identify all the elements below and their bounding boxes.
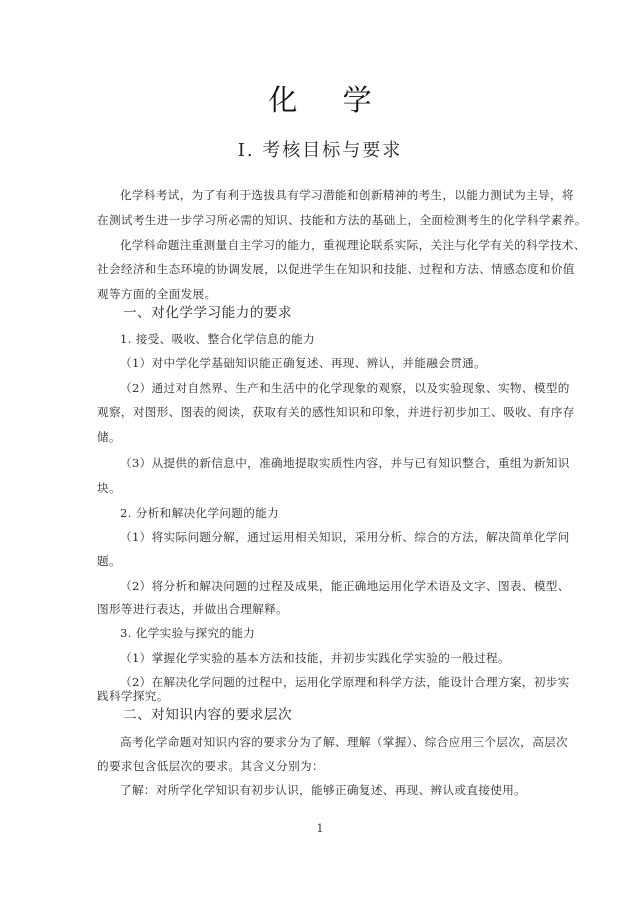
paragraph-line: 社会经济和生态环境的协调发展，以促进学生在知识和技能、过程和方法、情感态度和价值 [97,261,547,277]
list-item: （2）将分析和解决问题的过程及成果，能正确地运用化学术语及文字、图表、模型、 [120,578,547,594]
list-item: （1）将实际问题分解，通过运用相关知识，采用分析、综合的方法，解决简单化学问 [120,529,547,545]
definition-line: 了解：对所学化学知识有初步认识，能够正确复述、再现、辨认或直接使用。 [120,782,570,798]
document-title: 化 学 [0,78,640,119]
section-title: Ⅰ. 考核目标与要求 [0,136,640,162]
subsection-heading: 二、对知识内容的要求层次 [123,706,292,724]
document-page: 化 学 Ⅰ. 考核目标与要求 化学科考试，为了有利于选拔具有学习潜能和创新精神的… [0,0,640,905]
list-item-continuation: 图形等进行表达，并做出合理解释。 [97,601,547,617]
list-item-continuation: 储。 [97,429,547,445]
paragraph-line: 化学科考试，为了有利于选拔具有学习潜能和创新精神的考生，以能力测试为主导，将 [120,187,547,203]
paragraph-line: 的要求包含低层次的要求。其含义分别为： [97,758,547,774]
paragraph-line: 在测试考生进一步学习所必需的知识、技能和方法的基础上，全面检测考生的化学科学素养… [97,212,549,228]
list-item: （2）通过对自然界、生产和生活中的化学现象的观察，以及实验现象、实物、模型的 [120,380,547,396]
list-item: （3）从提供的新信息中，准确地提取实质性内容，并与已有知识整合，重组为新知识 [120,455,547,471]
list-item-continuation: 块。 [97,480,547,496]
list-item-continuation: 观察，对图形、图表的阅读，获取有关的感性知识和印象，并进行初步加工、吸收、有序存 [97,404,547,420]
list-item-continuation: 题。 [97,553,547,569]
subsection-heading: 一、对化学学习能力的要求 [123,304,292,322]
paragraph-line: 化学科命题注重测量自主学习的能力，重视理论联系实际，关注与化学有关的科学技术、 [120,237,547,253]
paragraph-line: 观等方面的全面发展。 [97,286,547,302]
paragraph-line: 高考化学命题对知识内容的要求分为了解、理解（掌握）、综合应用三个层次，高层次 [120,734,547,750]
list-item-heading: 2. 分析和解决化学问题的能力 [120,505,570,521]
list-item: （1）对中学化学基础知识能正确复述、再现、辨认，并能融会贯通。 [120,355,570,371]
page-number: 1 [0,822,640,835]
list-item: （1）掌握化学实验的基本方法和技能，并初步实践化学实验的一般过程。 [120,650,570,666]
list-item-heading: 3. 化学实验与探究的能力 [120,625,570,641]
list-item-continuation: 践科学探究。 [97,688,547,704]
list-item-heading: 1. 接受、吸收、整合化学信息的能力 [120,331,570,347]
